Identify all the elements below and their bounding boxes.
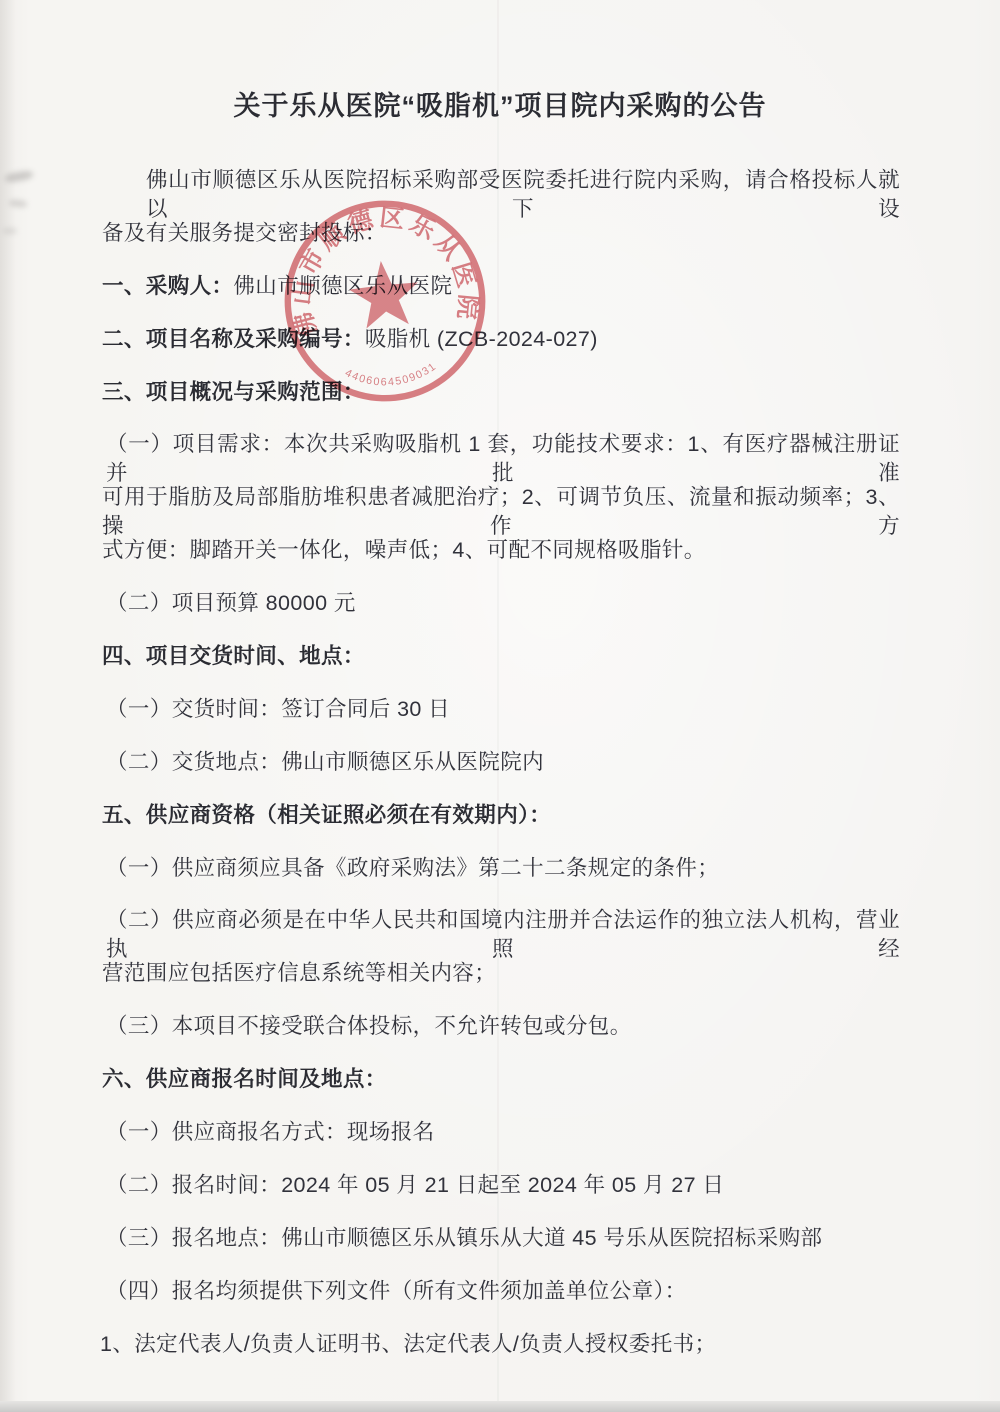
line-text: （一）供应商须应具备《政府采购法》第二十二条规定的条件； (106, 856, 719, 880)
text-line-10: 四、项目交货时间、地点： (0, 642, 1000, 695)
line-label: 三、项目概况与采购范围： (102, 380, 365, 404)
text-line-7: 可用于脂肪及局部脂肪堆积患者减肥治疗；2、可调节负压、流量和振动频率；3、操作方 (0, 483, 900, 536)
line-text: 吸脂机 (ZCB-2024-027) (365, 327, 598, 351)
line-text: 备及有关服务提交密封投标： (102, 221, 387, 245)
scan-bottom-edge (0, 1401, 1000, 1412)
line-label: 五、供应商资格（相关证照必须在有效期内）： (102, 803, 551, 827)
line-text: （二）项目预算 80000 元 (106, 591, 356, 615)
text-line-4: 二、项目名称及采购编号：吸脂机 (ZCB-2024-027) (0, 325, 1000, 378)
line-text: 可用于脂肪及局部脂肪堆积患者减肥治疗；2、可调节负压、流量和振动频率；3、操作方 (102, 485, 900, 538)
text-line-5: 三、项目概况与采购范围： (0, 378, 1000, 431)
line-text: 佛山市顺德区乐从医院 (233, 274, 452, 298)
line-label: 一、采购人： (102, 274, 233, 298)
text-line-19: （一）供应商报名方式：现场报名 (0, 1118, 1000, 1171)
document-body: 佛山市顺德区乐从医院招标采购部受医院委托进行院内采购，请合格投标人就以下设备及有… (0, 166, 1000, 1382)
line-text: 营范围应包括医疗信息系统等相关内容； (102, 961, 496, 985)
text-line-2: 备及有关服务提交密封投标： (0, 219, 1000, 272)
line-text: 1、法定代表人/负责人证明书、法定代表人/负责人授权委托书； (100, 1332, 716, 1356)
text-line-6: （一）项目需求：本次共采购吸脂机 1 套，功能技术要求：1、有医疗器械注册证并批… (0, 430, 900, 483)
text-line-22: （四）报名均须提供下列文件（所有文件须加盖单位公章）： (0, 1277, 1000, 1330)
text-line-8: 式方便：脚踏开关一体化，噪声低；4、可配不同规格吸脂针。 (0, 536, 1000, 589)
line-label: 二、项目名称及采购编号： (102, 327, 365, 351)
line-label: 四、项目交货时间、地点： (102, 644, 365, 668)
text-line-11: （一）交货时间：签订合同后 30 日 (0, 695, 1000, 748)
line-text: （二）报名时间：2024 年 05 月 21 日起至 2024 年 05 月 2… (106, 1173, 724, 1197)
line-label: 六、供应商报名时间及地点： (102, 1067, 387, 1091)
scanned-document-page: 关于乐从医院“吸脂机”项目院内采购的公告 佛山市顺德区乐从医院招标采购部受医院委… (0, 0, 1000, 1412)
document-title: 关于乐从医院“吸脂机”项目院内采购的公告 (0, 84, 1000, 123)
text-line-1: 佛山市顺德区乐从医院招标采购部受医院委托进行院内采购，请合格投标人就以下设 (0, 166, 900, 219)
line-text: 式方便：脚踏开关一体化，噪声低；4、可配不同规格吸脂针。 (102, 538, 706, 562)
text-line-3: 一、采购人：佛山市顺德区乐从医院 (0, 272, 1000, 325)
text-line-12: （二）交货地点：佛山市顺德区乐从医院院内 (0, 748, 1000, 801)
line-text: （二）交货地点：佛山市顺德区乐从医院院内 (106, 750, 544, 774)
text-line-21: （三）报名地点：佛山市顺德区乐从镇乐从大道 45 号乐从医院招标采购部 (0, 1224, 1000, 1277)
text-line-20: （二）报名时间：2024 年 05 月 21 日起至 2024 年 05 月 2… (0, 1171, 1000, 1224)
line-text: （一）交货时间：签订合同后 30 日 (106, 697, 450, 721)
line-text: （三）本项目不接受联合体投标，不允许转包或分包。 (106, 1014, 632, 1038)
text-line-17: （三）本项目不接受联合体投标，不允许转包或分包。 (0, 1012, 1000, 1065)
line-text: （三）报名地点：佛山市顺德区乐从镇乐从大道 45 号乐从医院招标采购部 (106, 1226, 822, 1250)
text-line-13: 五、供应商资格（相关证照必须在有效期内）： (0, 801, 1000, 854)
text-line-15: （二）供应商必须是在中华人民共和国境内注册并合法运作的独立法人机构，营业执照经 (0, 906, 900, 959)
line-text: 佛山市顺德区乐从医院招标采购部受医院委托进行院内采购，请合格投标人就以下设 (146, 168, 900, 221)
line-text: （一）供应商报名方式：现场报名 (106, 1120, 435, 1144)
line-text: （一）项目需求：本次共采购吸脂机 1 套，功能技术要求：1、有医疗器械注册证并批… (106, 432, 900, 485)
line-text: （四）报名均须提供下列文件（所有文件须加盖单位公章）： (106, 1279, 687, 1303)
text-line-23: 1、法定代表人/负责人证明书、法定代表人/负责人授权委托书； (0, 1330, 1000, 1383)
text-line-18: 六、供应商报名时间及地点： (0, 1065, 1000, 1118)
line-text: （二）供应商必须是在中华人民共和国境内注册并合法运作的独立法人机构，营业执照经 (106, 908, 900, 961)
text-line-16: 营范围应包括医疗信息系统等相关内容； (0, 959, 1000, 1012)
text-line-9: （二）项目预算 80000 元 (0, 589, 1000, 642)
text-line-14: （一）供应商须应具备《政府采购法》第二十二条规定的条件； (0, 854, 1000, 907)
